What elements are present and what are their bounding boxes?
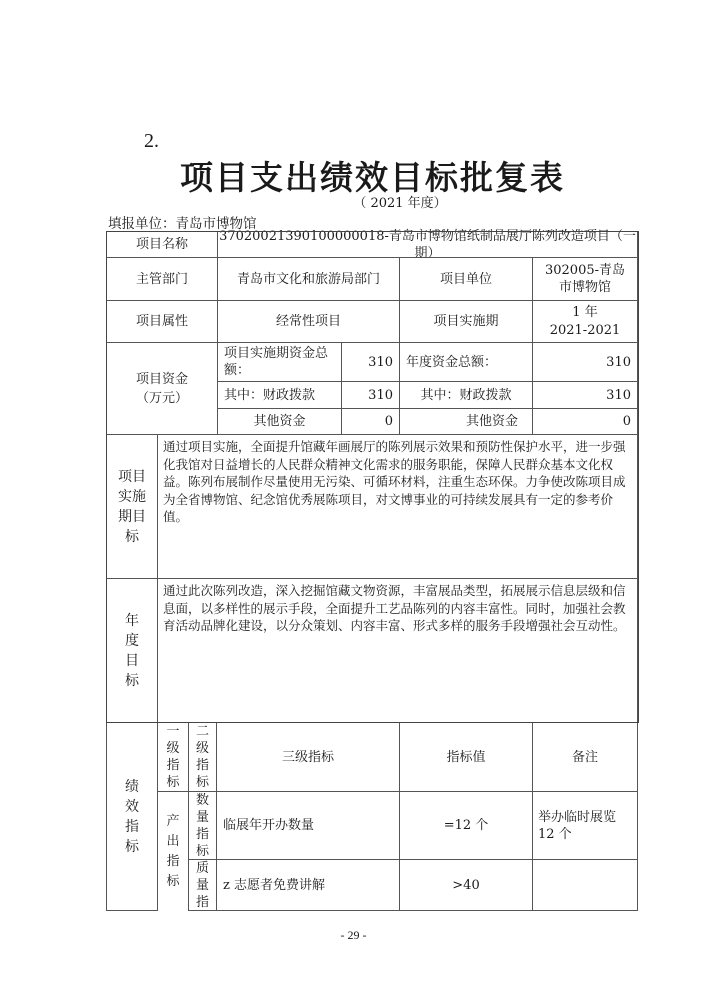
funding-annual-total-label: 年度资金总额： bbox=[399, 342, 533, 382]
attr-label: 项目属性 bbox=[106, 300, 218, 343]
page-number: - 29 - bbox=[0, 928, 707, 943]
annual-goal-text: 通过此次陈列改造，深入挖掘馆藏文物资源，丰富展品类型，拓展展示信息层级和信息面，… bbox=[157, 578, 638, 723]
annual-goal-label: 年度目标 bbox=[106, 578, 158, 723]
header-note: 备注 bbox=[532, 722, 638, 792]
header-level3: 三级指标 bbox=[216, 722, 400, 792]
project-name-value: 37020021390100000018-青岛市博物馆纸制品展厅陈列改造项目（一… bbox=[217, 231, 638, 258]
funding-other-period-value: 0 bbox=[341, 408, 400, 435]
funding-label: 项目资金 （万元） bbox=[106, 342, 218, 435]
funding-fiscal-annual-value: 310 bbox=[532, 381, 638, 409]
funding-other-annual-value: 0 bbox=[532, 408, 638, 435]
quantity-value: =12 个 bbox=[399, 791, 533, 860]
funding-total-period-label: 项目实施期资金总额： bbox=[217, 342, 342, 382]
header-level1: 一级指标 bbox=[157, 722, 189, 792]
attr-value: 经常性项目 bbox=[217, 300, 400, 343]
level2-quantity-label: 数量指标 bbox=[188, 791, 217, 860]
level1-output-label: 产出指标 bbox=[157, 791, 189, 911]
dept-value: 青岛市文化和旅游局部门 bbox=[217, 257, 400, 301]
funding-annual-total-value: 310 bbox=[532, 342, 638, 382]
funding-label-main: 项目资金 bbox=[136, 370, 188, 389]
level2-quality-label: 质量指 bbox=[188, 859, 217, 911]
implementation-goal-label: 项目实施期目标 bbox=[106, 434, 158, 579]
funding-label-unit: （万元） bbox=[136, 389, 188, 408]
level3-quantity-label: 临展年开办数量 bbox=[216, 791, 400, 860]
unit-value: 302005-青岛市博物馆 bbox=[532, 257, 638, 301]
period-label: 项目实施期 bbox=[399, 300, 533, 343]
header-value: 指标值 bbox=[399, 722, 533, 792]
dept-label: 主管部门 bbox=[106, 257, 218, 301]
project-name-label: 项目名称 bbox=[106, 231, 218, 258]
period-years: 1 年 bbox=[572, 304, 597, 322]
funding-other-period-label: 其他资金 bbox=[217, 408, 342, 435]
header-level2: 二级指标 bbox=[188, 722, 217, 792]
period-value: 1 年 2021-2021 bbox=[532, 300, 638, 343]
implementation-goal-text: 通过项目实施，全面提升馆藏年画展厅的陈列展示效果和预防性保护水平，进一步强化我馆… bbox=[157, 434, 638, 579]
document-year: （ 2021 年度） bbox=[0, 192, 707, 211]
funding-other-annual-label: 其他资金 bbox=[399, 408, 533, 435]
unit-label: 项目单位 bbox=[399, 257, 533, 301]
quantity-note: 举办临时展览 12 个 bbox=[532, 791, 638, 860]
quality-note bbox=[532, 859, 638, 911]
funding-fiscal-period-value: 310 bbox=[341, 381, 400, 409]
indicators-section-label: 绩效指标 bbox=[106, 722, 158, 911]
section-number: 2. bbox=[144, 130, 159, 153]
funding-total-period-value: 310 bbox=[341, 342, 400, 382]
quality-value: >40 bbox=[399, 859, 533, 911]
funding-fiscal-annual-label: 其中：财政拨款 bbox=[399, 381, 533, 409]
period-range: 2021-2021 bbox=[550, 322, 621, 340]
funding-fiscal-period-label: 其中：财政拨款 bbox=[217, 381, 342, 409]
level3-quality-label: z 志愿者免费讲解 bbox=[216, 859, 400, 911]
